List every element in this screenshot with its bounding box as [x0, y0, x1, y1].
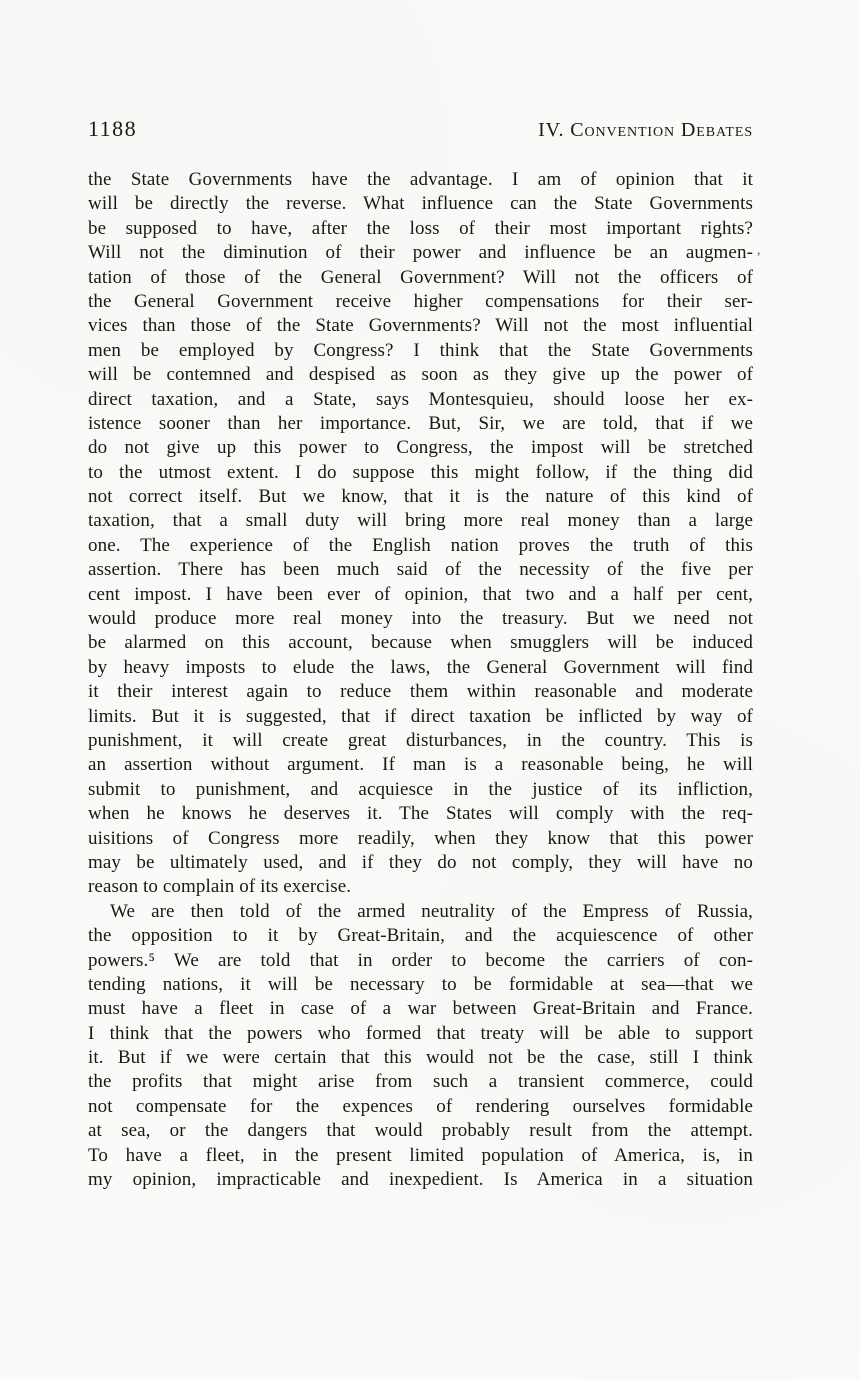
text-line: will be directly the reverse. What influ…	[88, 192, 753, 216]
text-line: powers.⁵ We are told that in order to be…	[88, 949, 753, 973]
text-line: taxation, that a small duty will bring m…	[88, 509, 753, 533]
text-line: Will not the diminution of their power a…	[88, 241, 753, 265]
text-line: an assertion without argument. If man is…	[88, 753, 753, 777]
text-line: men be employed by Congress? I think tha…	[88, 339, 753, 363]
scan-artifact-mark: ,	[757, 243, 761, 259]
text-line: direct taxation, and a State, says Monte…	[88, 388, 753, 412]
running-header: 1188 IV. Convention Debates	[88, 116, 753, 142]
text-line: To have a fleet, in the present limited …	[88, 1144, 753, 1168]
text-line: tation of those of the General Governmen…	[88, 266, 753, 290]
text-line: may be ultimately used, and if they do n…	[88, 851, 753, 875]
text-line: vices than those of the State Government…	[88, 314, 753, 338]
text-line: the opposition to it by Great-Britain, a…	[88, 924, 753, 948]
text-line: it their interest again to reduce them w…	[88, 680, 753, 704]
text-line: the profits that might arise from such a…	[88, 1070, 753, 1094]
text-line: do not give up this power to Congress, t…	[88, 436, 753, 460]
text-line: the General Government receive higher co…	[88, 290, 753, 314]
text-line: punishment, it will create great disturb…	[88, 729, 753, 753]
text-line: the State Governments have the advantage…	[88, 168, 753, 192]
text-line: be alarmed on this account, because when…	[88, 631, 753, 655]
text-line: be supposed to have, after the loss of t…	[88, 217, 753, 241]
text-line: it. But if we were certain that this wou…	[88, 1046, 753, 1070]
text-line: will be contemned and despised as soon a…	[88, 363, 753, 387]
page-body: the State Governments have the advantage…	[88, 168, 753, 1192]
paragraph: the State Governments have the advantage…	[88, 168, 753, 900]
text-line: not compensate for the expences of rende…	[88, 1095, 753, 1119]
text-line: one. The experience of the English natio…	[88, 534, 753, 558]
running-title: IV. Convention Debates	[538, 119, 753, 142]
text-line: We are then told of the armed neutrality…	[88, 900, 753, 924]
text-line: assertion. There has been much said of t…	[88, 558, 753, 582]
text-line: submit to punishment, and acquiesce in t…	[88, 778, 753, 802]
page-number: 1188	[88, 116, 137, 142]
text-line: at sea, or the dangers that would probab…	[88, 1119, 753, 1143]
text-line: to the utmost extent. I do suppose this …	[88, 461, 753, 485]
text-line: must have a fleet in case of a war betwe…	[88, 997, 753, 1021]
text-line: cent impost. I have been ever of opinion…	[88, 583, 753, 607]
scanned-book-page: 1188 IV. Convention Debates the State Go…	[0, 0, 860, 1380]
text-line: tending nations, it will be necessary to…	[88, 973, 753, 997]
text-line: would produce more real money into the t…	[88, 607, 753, 631]
paragraph: We are then told of the armed neutrality…	[88, 900, 753, 1193]
text-line: my opinion, impracticable and inexpedien…	[88, 1168, 753, 1192]
text-line: limits. But it is suggested, that if dir…	[88, 705, 753, 729]
text-line: I think that the powers who formed that …	[88, 1022, 753, 1046]
text-line: reason to complain of its exercise.	[88, 875, 753, 899]
text-line: when he knows he deserves it. The States…	[88, 802, 753, 826]
text-line: by heavy imposts to elude the laws, the …	[88, 656, 753, 680]
text-line: uisitions of Congress more readily, when…	[88, 827, 753, 851]
text-line: not correct itself. But we know, that it…	[88, 485, 753, 509]
text-line: istence sooner than her importance. But,…	[88, 412, 753, 436]
